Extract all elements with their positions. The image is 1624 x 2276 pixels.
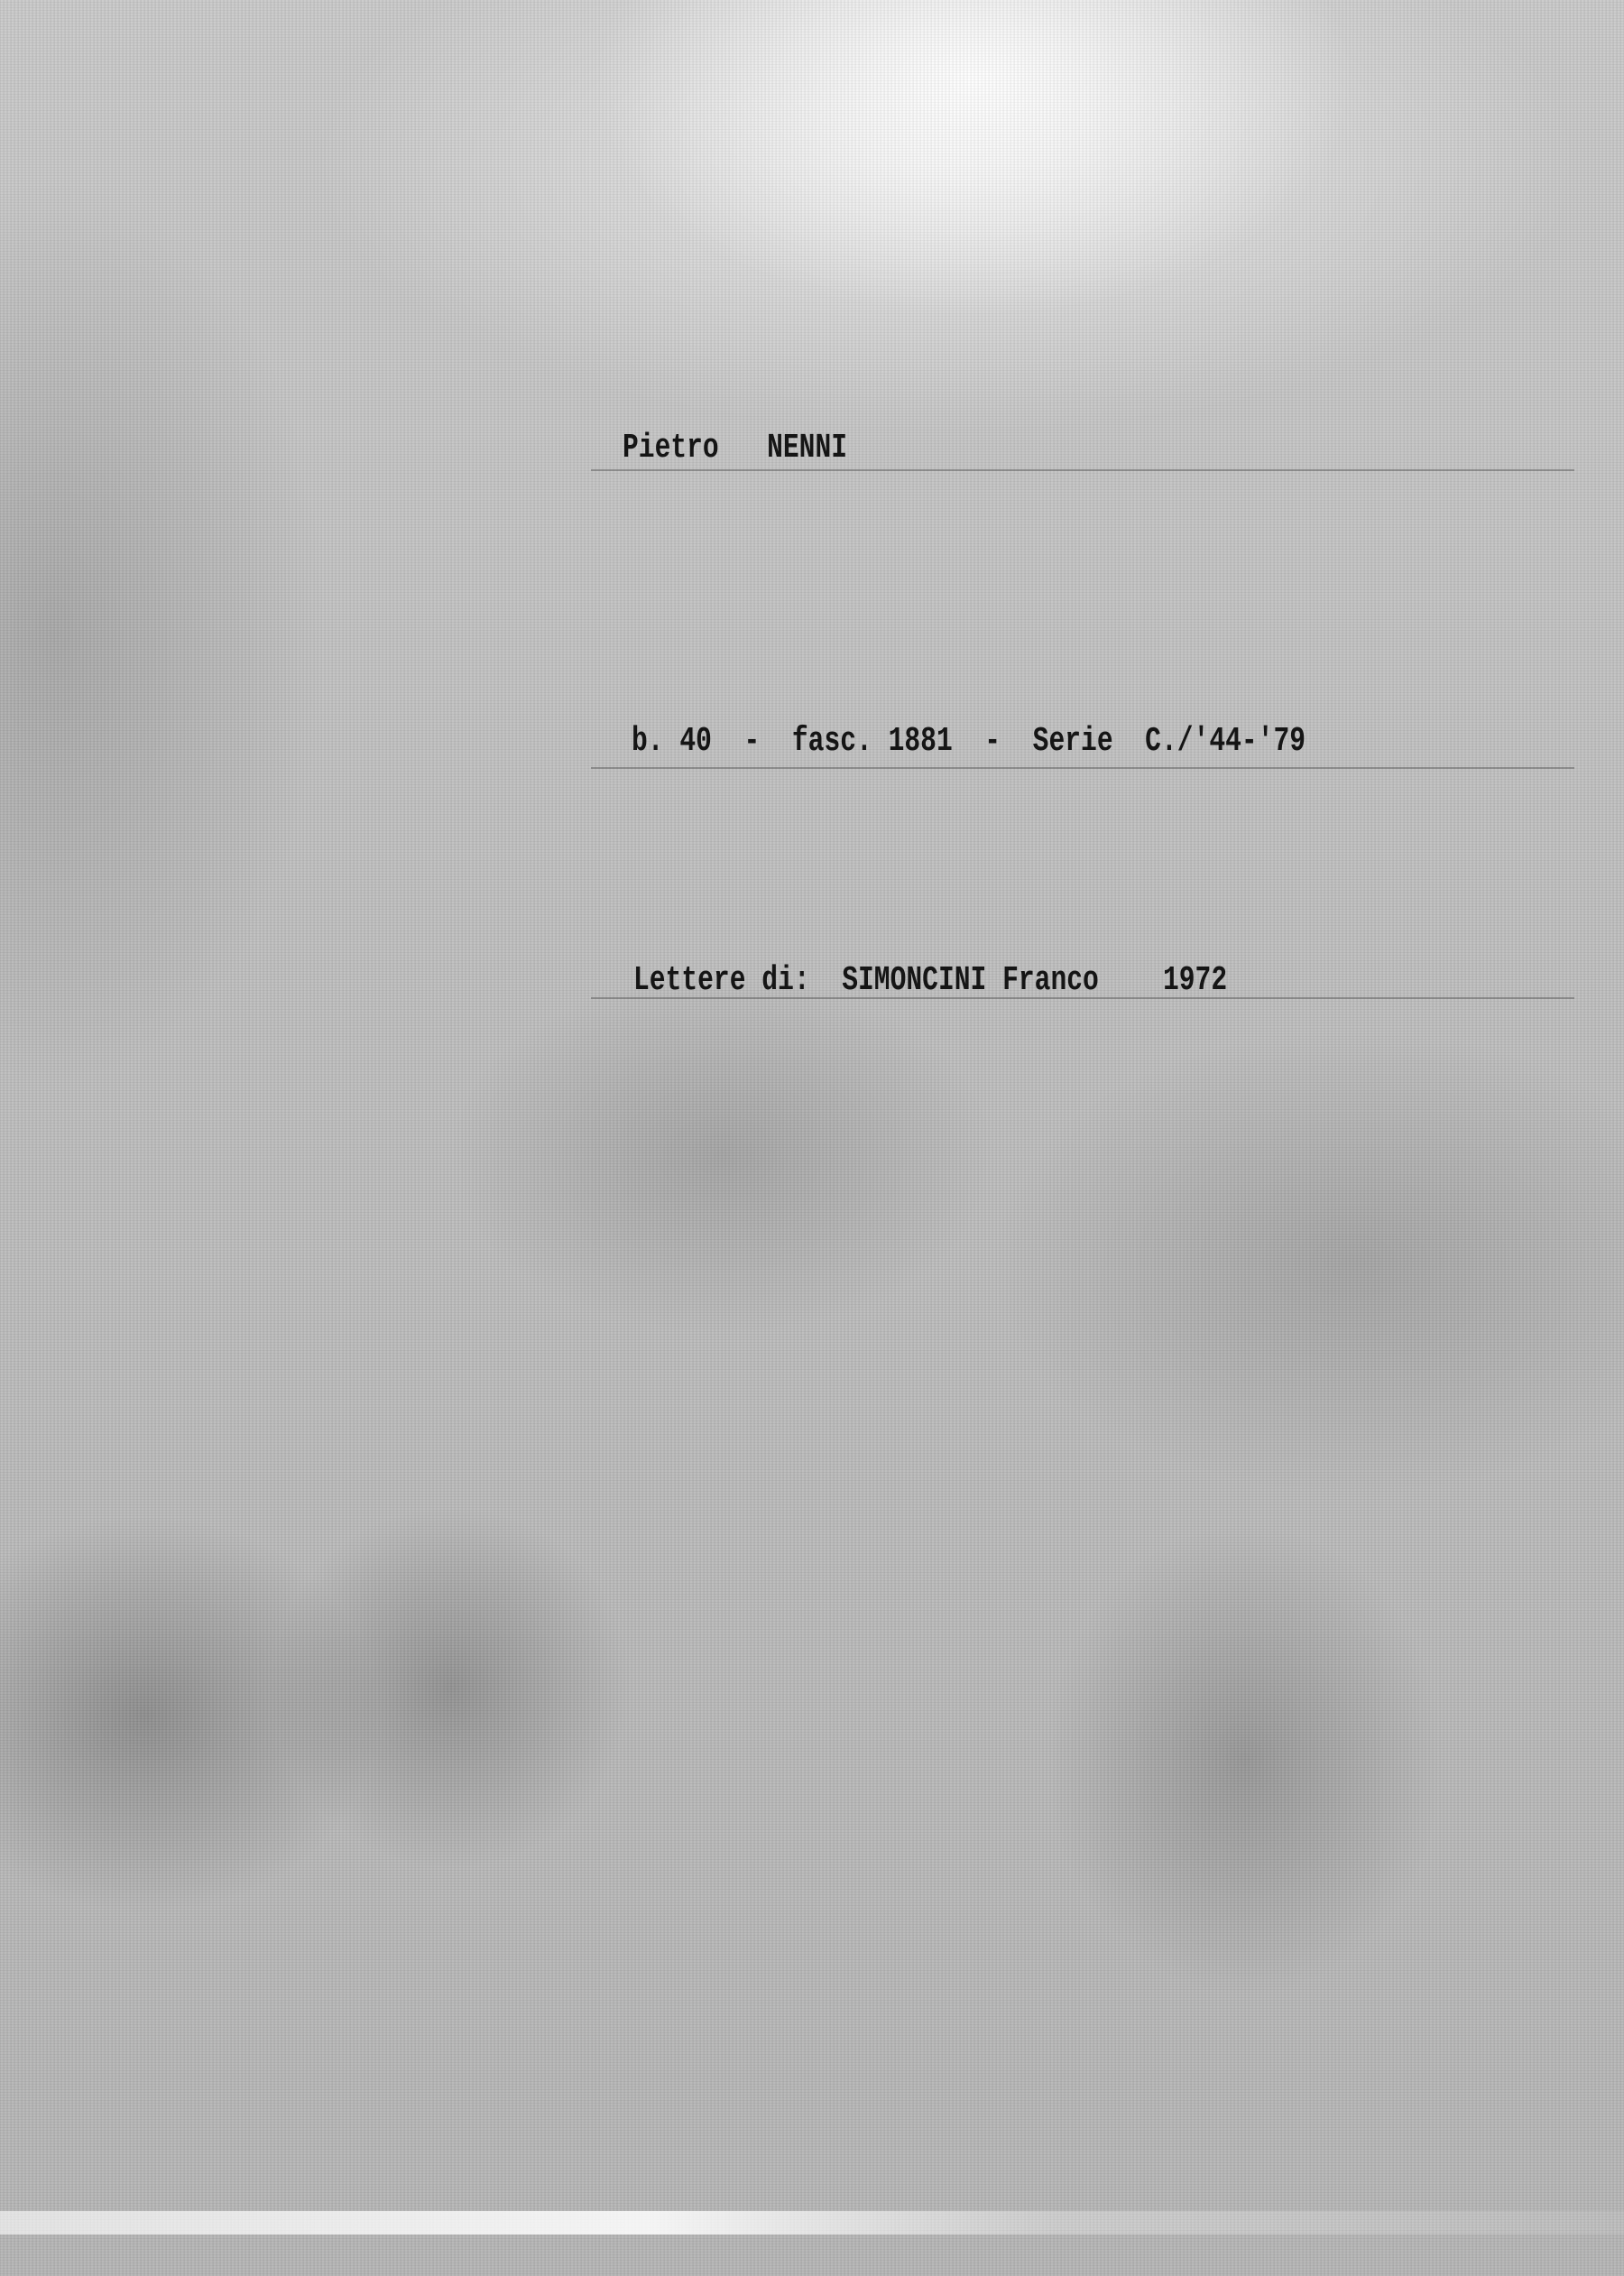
reference-underline <box>591 767 1574 769</box>
scan-edge-band <box>0 2211 1624 2234</box>
author-name: Pietro NENNI <box>623 429 847 467</box>
letters-underline <box>591 997 1574 999</box>
scanned-page: Pietro NENNI b. 40 - fasc. 1881 - Serie … <box>0 0 1624 2276</box>
scan-noise <box>0 0 1624 2276</box>
archive-reference: b. 40 - fasc. 1881 - Serie C./'44-'79 <box>632 722 1306 761</box>
letters-from: Lettere di: SIMONCINI Franco 1972 <box>633 961 1227 1000</box>
author-underline <box>591 469 1574 471</box>
